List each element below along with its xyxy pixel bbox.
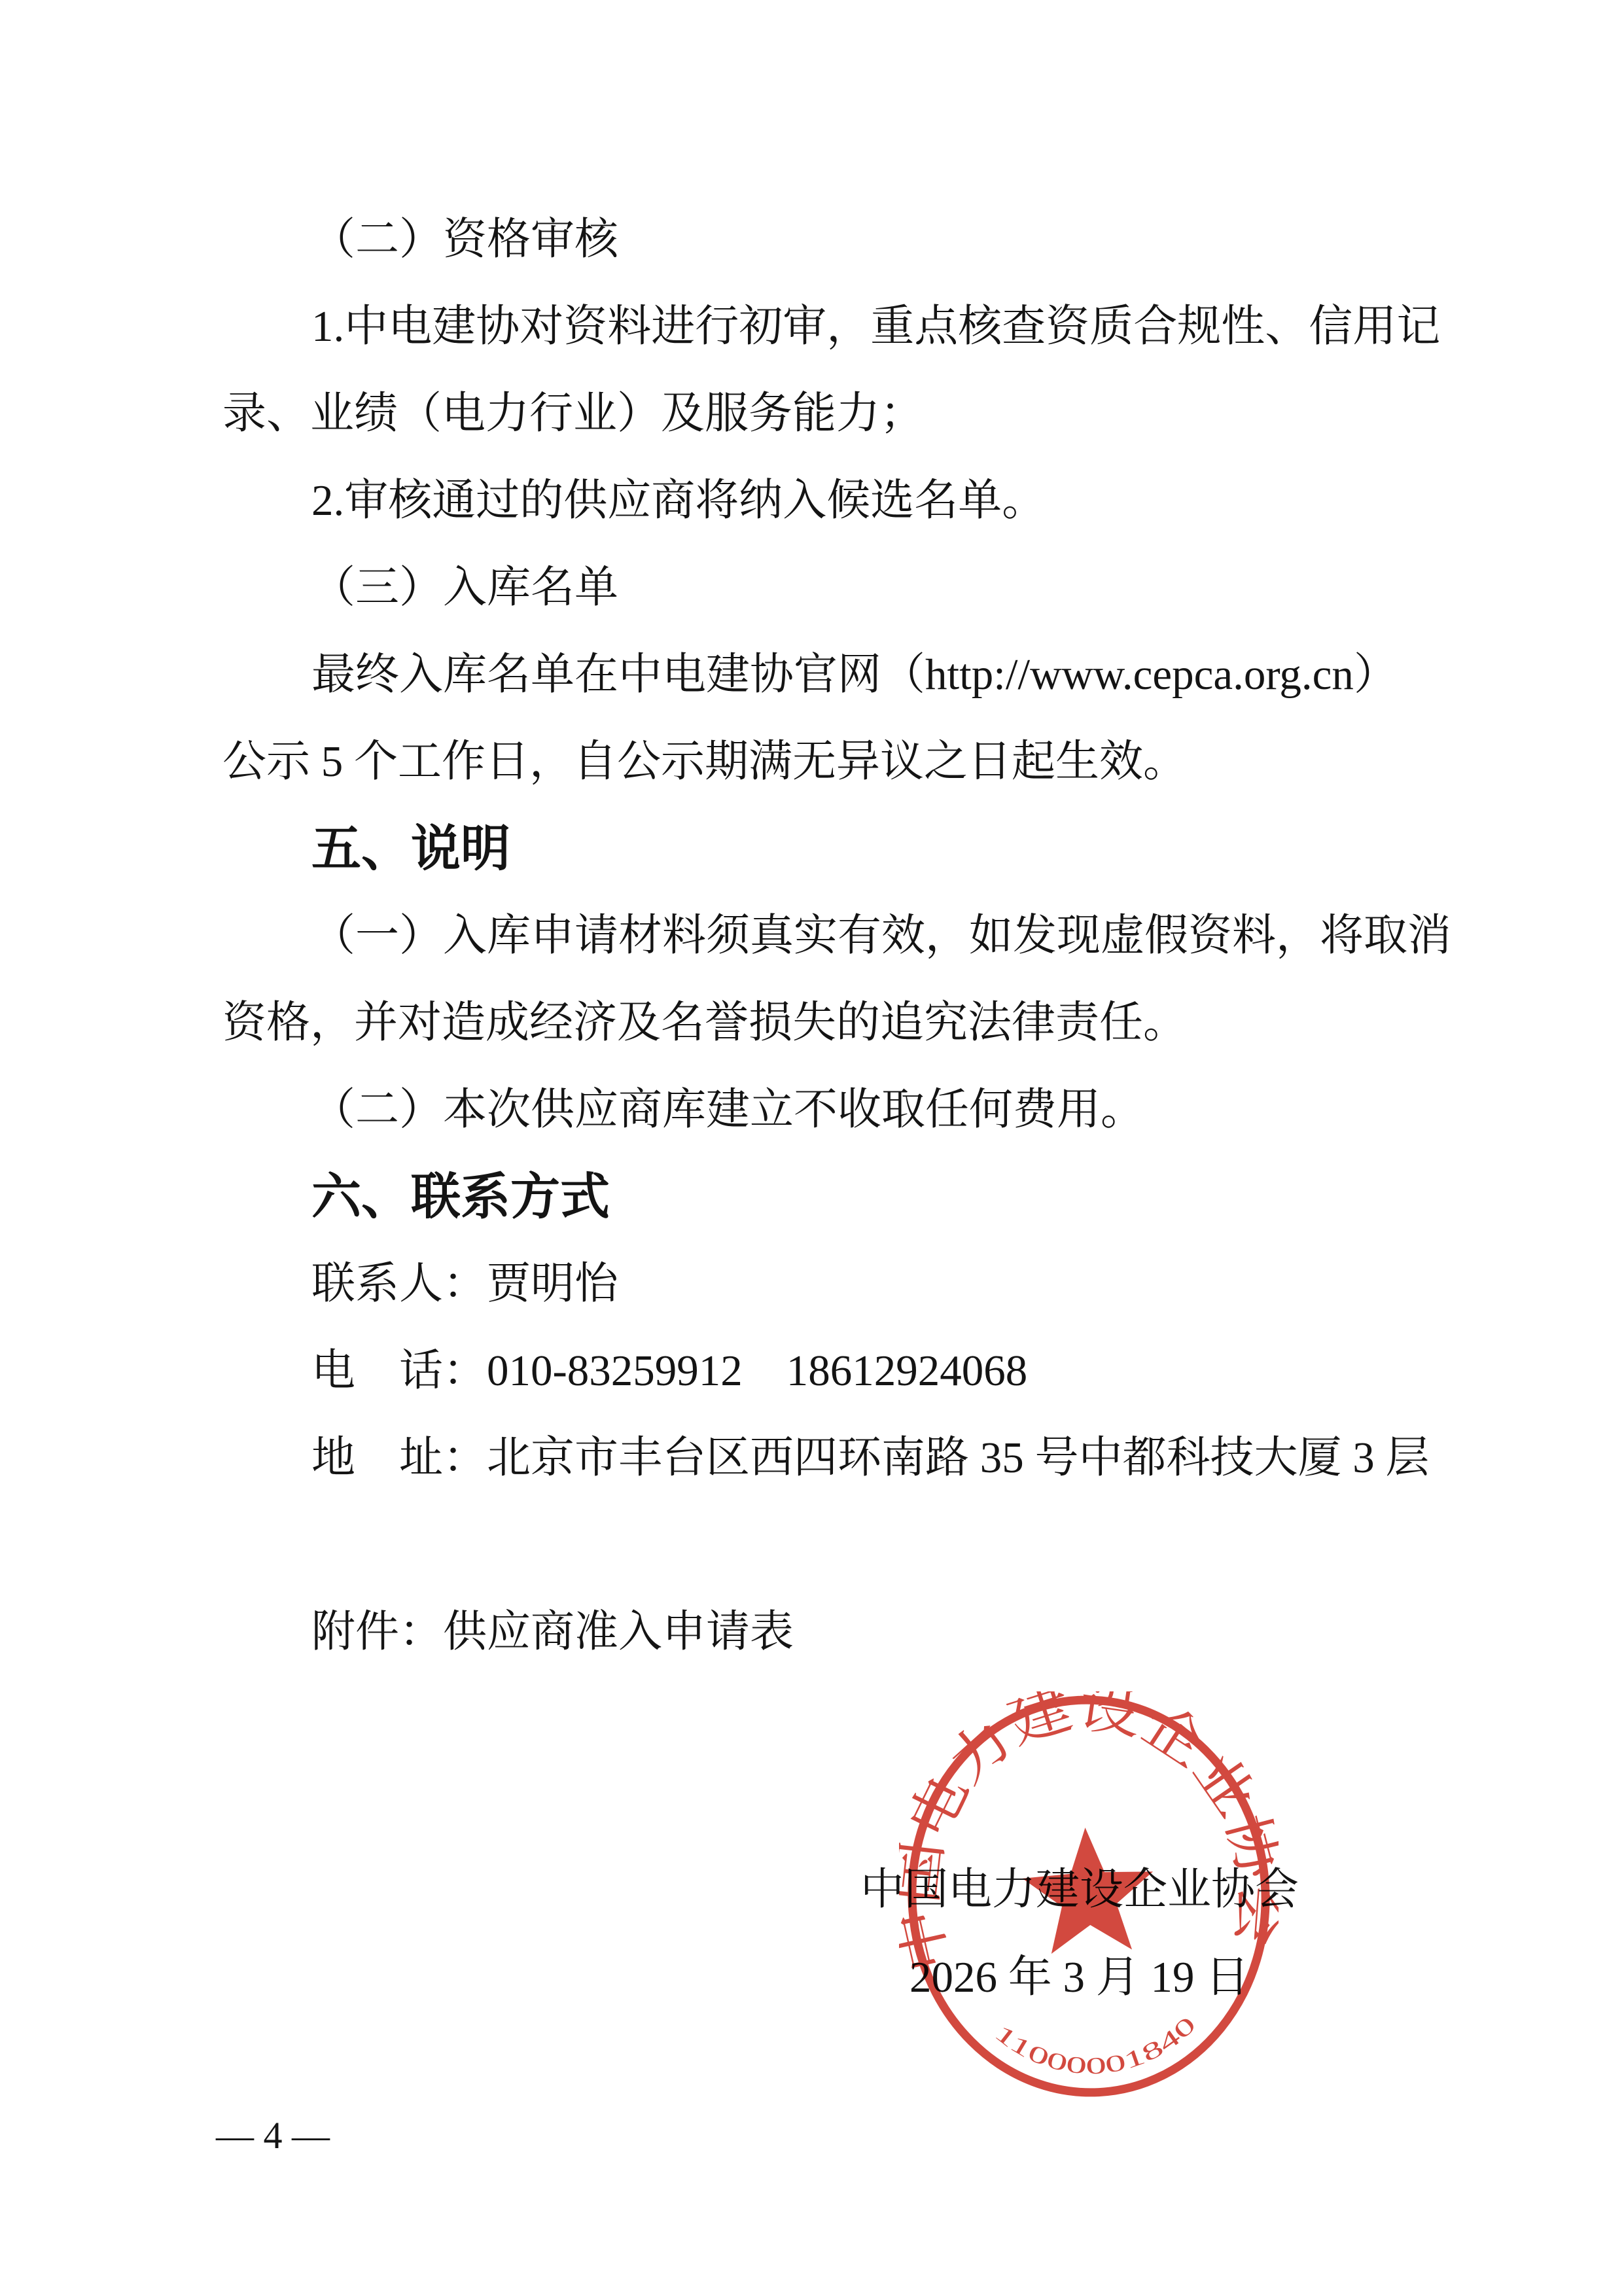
text-line: 公示 5 个工作日，自公示期满无异议之日起生效。: [222, 718, 1453, 805]
page-number: — 4 —: [216, 2115, 330, 2157]
text-line: 1.中电建协对资料进行初审，重点核查资质合规性、信用记: [222, 283, 1453, 370]
text-line: 资格，并对造成经济及名誉损失的追究法律责任。: [222, 980, 1453, 1067]
document-page: （二）资格审核1.中电建协对资料进行初审，重点核查资质合规性、信用记录、业绩（电…: [0, 0, 1624, 2296]
text-line: 地 址：北京市丰台区西四环南路 35 号中都科技大厦 3 层: [222, 1415, 1453, 1502]
text-line: 附件：供应商准入申请表: [222, 1589, 1453, 1676]
text-line: 2.审核通过的供应商将纳入候选名单。: [222, 457, 1453, 544]
signature-org: 中国电力建设企业协会: [860, 1857, 1299, 1922]
text-line: [222, 1502, 1453, 1589]
text-line: 五、说明: [222, 805, 1453, 892]
text-line: （二）资格审核: [222, 196, 1453, 283]
text-line: 录、业绩（电力行业）及服务能力；: [222, 370, 1453, 457]
text-line: 最终入库名单在中电建协官网（http://www.cepca.org.cn）: [222, 631, 1453, 718]
text-line: 联系人：贾明怡: [222, 1241, 1453, 1328]
text-line: 六、联系方式: [222, 1154, 1453, 1241]
document-body: （二）资格审核1.中电建协对资料进行初审，重点核查资质合规性、信用记录、业绩（电…: [222, 196, 1453, 1676]
seal-arc-text: 中国电力建设企业协会: [899, 1691, 1279, 1978]
text-line: （二）本次供应商库建立不收取任何费用。: [222, 1067, 1453, 1154]
text-line: （三）入库名单: [222, 544, 1453, 631]
text-line: 电 话：010-83259912 18612924068: [222, 1328, 1453, 1415]
text-line: （一）入库申请材料须真实有效，如发现虚假资料，将取消: [222, 892, 1453, 980]
signature-date: 2026 年 3 月 19 日: [909, 1945, 1249, 2010]
